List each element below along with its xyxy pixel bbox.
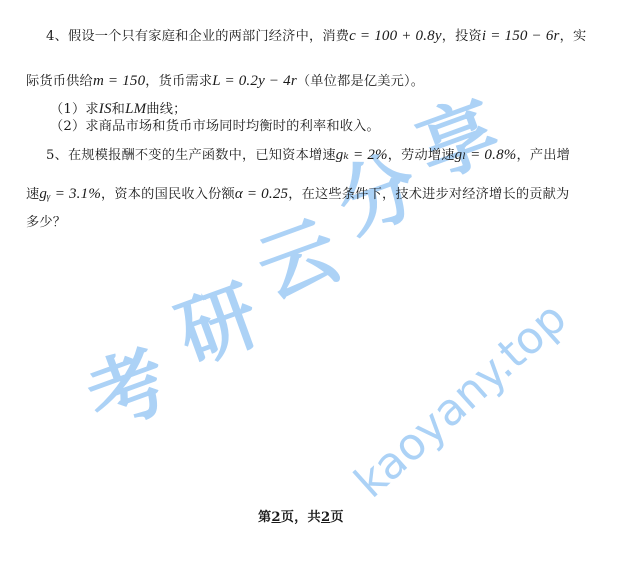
q4-line-2: 际货币供给m = 150，货币需求L = 0.2y − 4r（单位都是亿美元）。 <box>26 73 424 90</box>
watermark-char: 研 <box>160 253 272 385</box>
q4-sub-1: （1）求IS和LM曲线； <box>50 101 186 118</box>
text: （1）求 <box>50 102 99 117</box>
watermark-char: 云 <box>240 188 352 320</box>
money-demand-equation: L = 0.2y − 4r <box>212 73 297 89</box>
investment-equation: i = 150 − 6r <box>482 28 560 44</box>
capital-share-equation: α = 0.25 <box>235 186 288 202</box>
labor-growth-equation: gₗ = 0.8% <box>455 147 517 163</box>
text: ，劳动增速 <box>388 148 455 163</box>
output-growth-equation: gᵧ = 3.1% <box>39 186 101 202</box>
text: 际货币供给 <box>26 74 93 89</box>
text: 4、假设一个只有家庭和企业的两部门经济中，消费 <box>46 29 349 44</box>
text: ，货币需求 <box>145 74 212 89</box>
text: 和 <box>112 102 125 117</box>
q5-line-1: 5、在规模报酬不变的生产函数中，已知资本增速gₖ = 2%，劳动增速gₗ = 0… <box>46 147 570 164</box>
q4-line-1: 4、假设一个只有家庭和企业的两部门经济中，消费c = 100 + 0.8y，投资… <box>46 28 586 45</box>
text: ，产出增 <box>516 148 570 163</box>
total-pages-number: 2 <box>321 510 330 525</box>
exam-page: 考 研 云 分 享 kaoyany.top 4、假设一个只有家庭和企业的两部门经… <box>0 0 620 580</box>
q4-sub-2: （2）求商品市场和货币市场同时均衡时的利率和收入。 <box>50 119 380 135</box>
text: （单位都是亿美元）。 <box>297 74 424 89</box>
text: 页，共 <box>281 510 321 525</box>
lm-label: LM <box>125 101 146 117</box>
q5-line-3: 多少？ <box>26 215 66 231</box>
text: 速 <box>26 187 39 202</box>
text: ，资本的国民收入份额 <box>101 187 235 202</box>
capital-growth-equation: gₖ = 2% <box>336 147 388 163</box>
text: 5、在规模报酬不变的生产函数中，已知资本增速 <box>46 148 336 163</box>
text: 曲线； <box>146 102 186 117</box>
page-footer: 第2页，共2页 <box>258 510 344 526</box>
watermark-url: kaoyany.top <box>345 292 576 507</box>
consumption-equation: c = 100 + 0.8y <box>349 28 442 44</box>
text: ，在这些条件下，技术进步对经济增长的贡献为 <box>288 187 569 202</box>
current-page-number: 2 <box>271 510 280 525</box>
is-label: IS <box>99 101 112 117</box>
text: 第 <box>258 510 271 525</box>
watermark-char: 考 <box>70 318 182 450</box>
money-supply-equation: m = 150 <box>93 73 145 89</box>
text: ，实 <box>560 29 587 44</box>
text: 页 <box>330 510 343 525</box>
q5-line-2: 速gᵧ = 3.1%，资本的国民收入份额α = 0.25，在这些条件下，技术进步… <box>26 186 569 203</box>
text: ，投资 <box>442 29 482 44</box>
